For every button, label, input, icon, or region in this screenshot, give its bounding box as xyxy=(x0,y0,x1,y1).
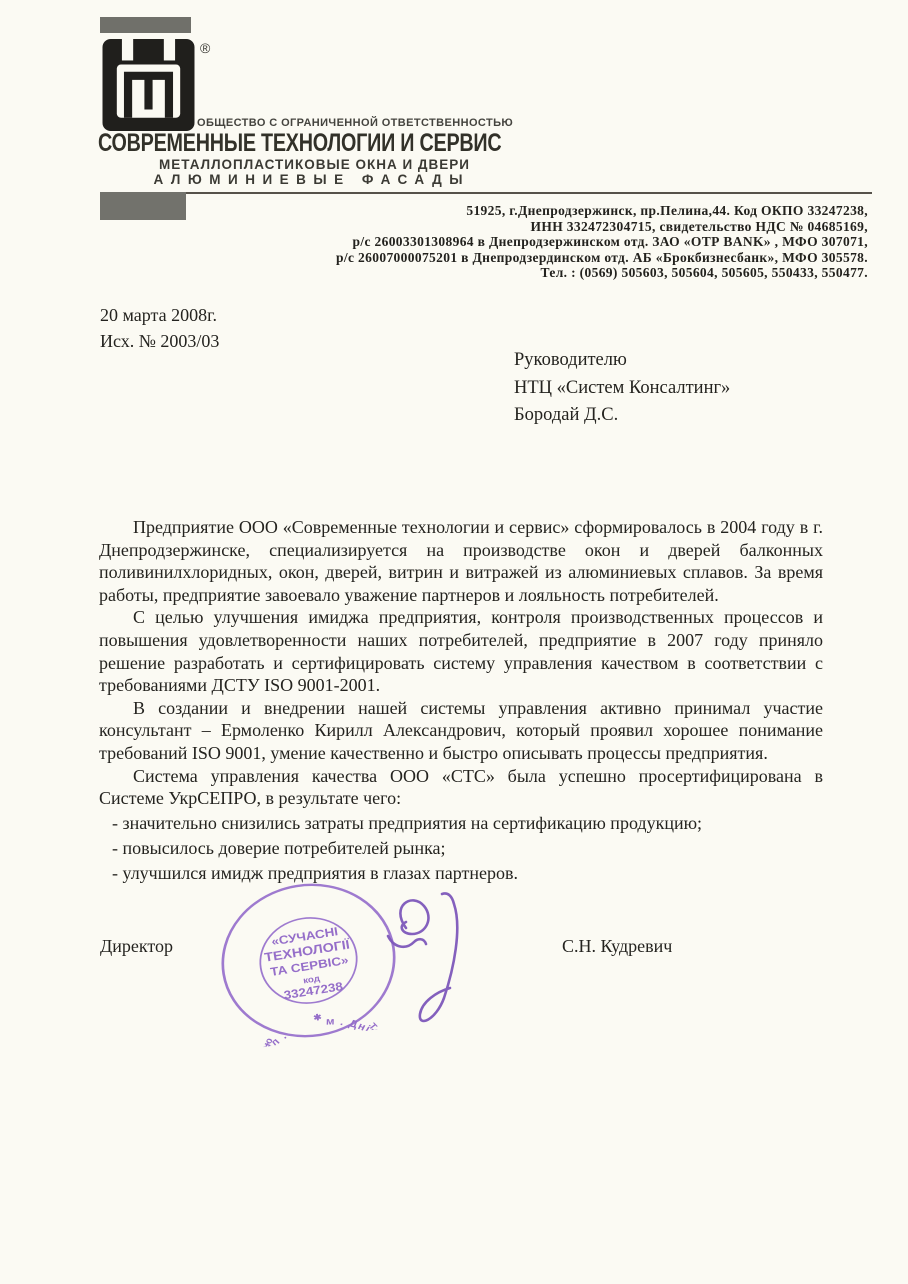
body-paragraph: В создании и внедрении нашей системы упр… xyxy=(99,697,823,765)
body-paragraph: Система управления качества ООО «СТС» бы… xyxy=(99,765,823,810)
decor-bar-left xyxy=(100,192,186,220)
bullet-item: - значительно снизились затраты предприя… xyxy=(99,811,823,836)
product-line-2: АЛЮМИНИЕВЫЕ ФАСАДЫ xyxy=(98,172,470,187)
bullet-item: - повысилось доверие потребителей рынка; xyxy=(99,836,823,861)
outgoing-number: Исх. № 2003/03 xyxy=(100,328,219,354)
director-signature xyxy=(372,876,472,1036)
decor-bar-top xyxy=(100,17,191,33)
product-line-1: МЕТАЛЛОПЛАСТИКОВЫЕ ОКНА И ДВЕРИ xyxy=(98,157,470,172)
recipient-block: Руководителю НТЦ «Систем Консалтинг» Бор… xyxy=(514,347,730,430)
signatory-name: С.Н. Кудревич xyxy=(562,936,672,957)
contact-line: р/с 26007000075201 в Днепродзердинском о… xyxy=(276,250,868,266)
company-name: СОВРЕМЕННЫЕ ТЕХНОЛОГИИ И СЕРВИС xyxy=(98,129,501,158)
recipient-role: Руководителю xyxy=(514,347,730,375)
contact-line: 51925, г.Днепродзержинск, пр.Пелина,44. … xyxy=(276,203,868,219)
recipient-org: НТЦ «Систем Консалтинг» xyxy=(514,375,730,403)
contact-line: р/с 26003301308964 в Днепродзержинском о… xyxy=(276,234,868,250)
signatory-title: Директор xyxy=(100,936,173,957)
letter-page: ® ОБЩЕСТВО С ОГРАНИЧЕННОЙ ОТВЕТСТВЕННОСТ… xyxy=(0,0,908,1284)
letterhead-rule xyxy=(186,192,872,194)
body-paragraph: Предприятие ООО «Современные технологии … xyxy=(99,516,823,606)
registered-trademark-icon: ® xyxy=(200,40,210,56)
contact-block: 51925, г.Днепродзержинск, пр.Пелина,44. … xyxy=(276,203,868,281)
recipient-name: Бородай Д.С. xyxy=(514,402,730,430)
meta-block: 20 марта 2008г. Исх. № 2003/03 xyxy=(100,302,219,354)
letter-body: Предприятие ООО «Современные технологии … xyxy=(99,516,823,886)
stamp-star-icon: ✱ xyxy=(313,1012,323,1023)
body-paragraph: С целью улучшения имиджа предприятия, ко… xyxy=(99,606,823,696)
bullet-list: - значительно снизились затраты предприя… xyxy=(99,811,823,886)
company-logo xyxy=(102,39,195,131)
letter-date: 20 марта 2008г. xyxy=(100,302,219,328)
org-type-label: ОБЩЕСТВО С ОГРАНИЧЕННОЙ ОТВЕТСТВЕННОСТЬЮ xyxy=(197,117,513,129)
contact-line: ИНН 332472304715, свидетельство НДС № 04… xyxy=(276,219,868,235)
contact-line: Тел. : (0569) 505603, 505604, 505605, 55… xyxy=(276,265,868,281)
